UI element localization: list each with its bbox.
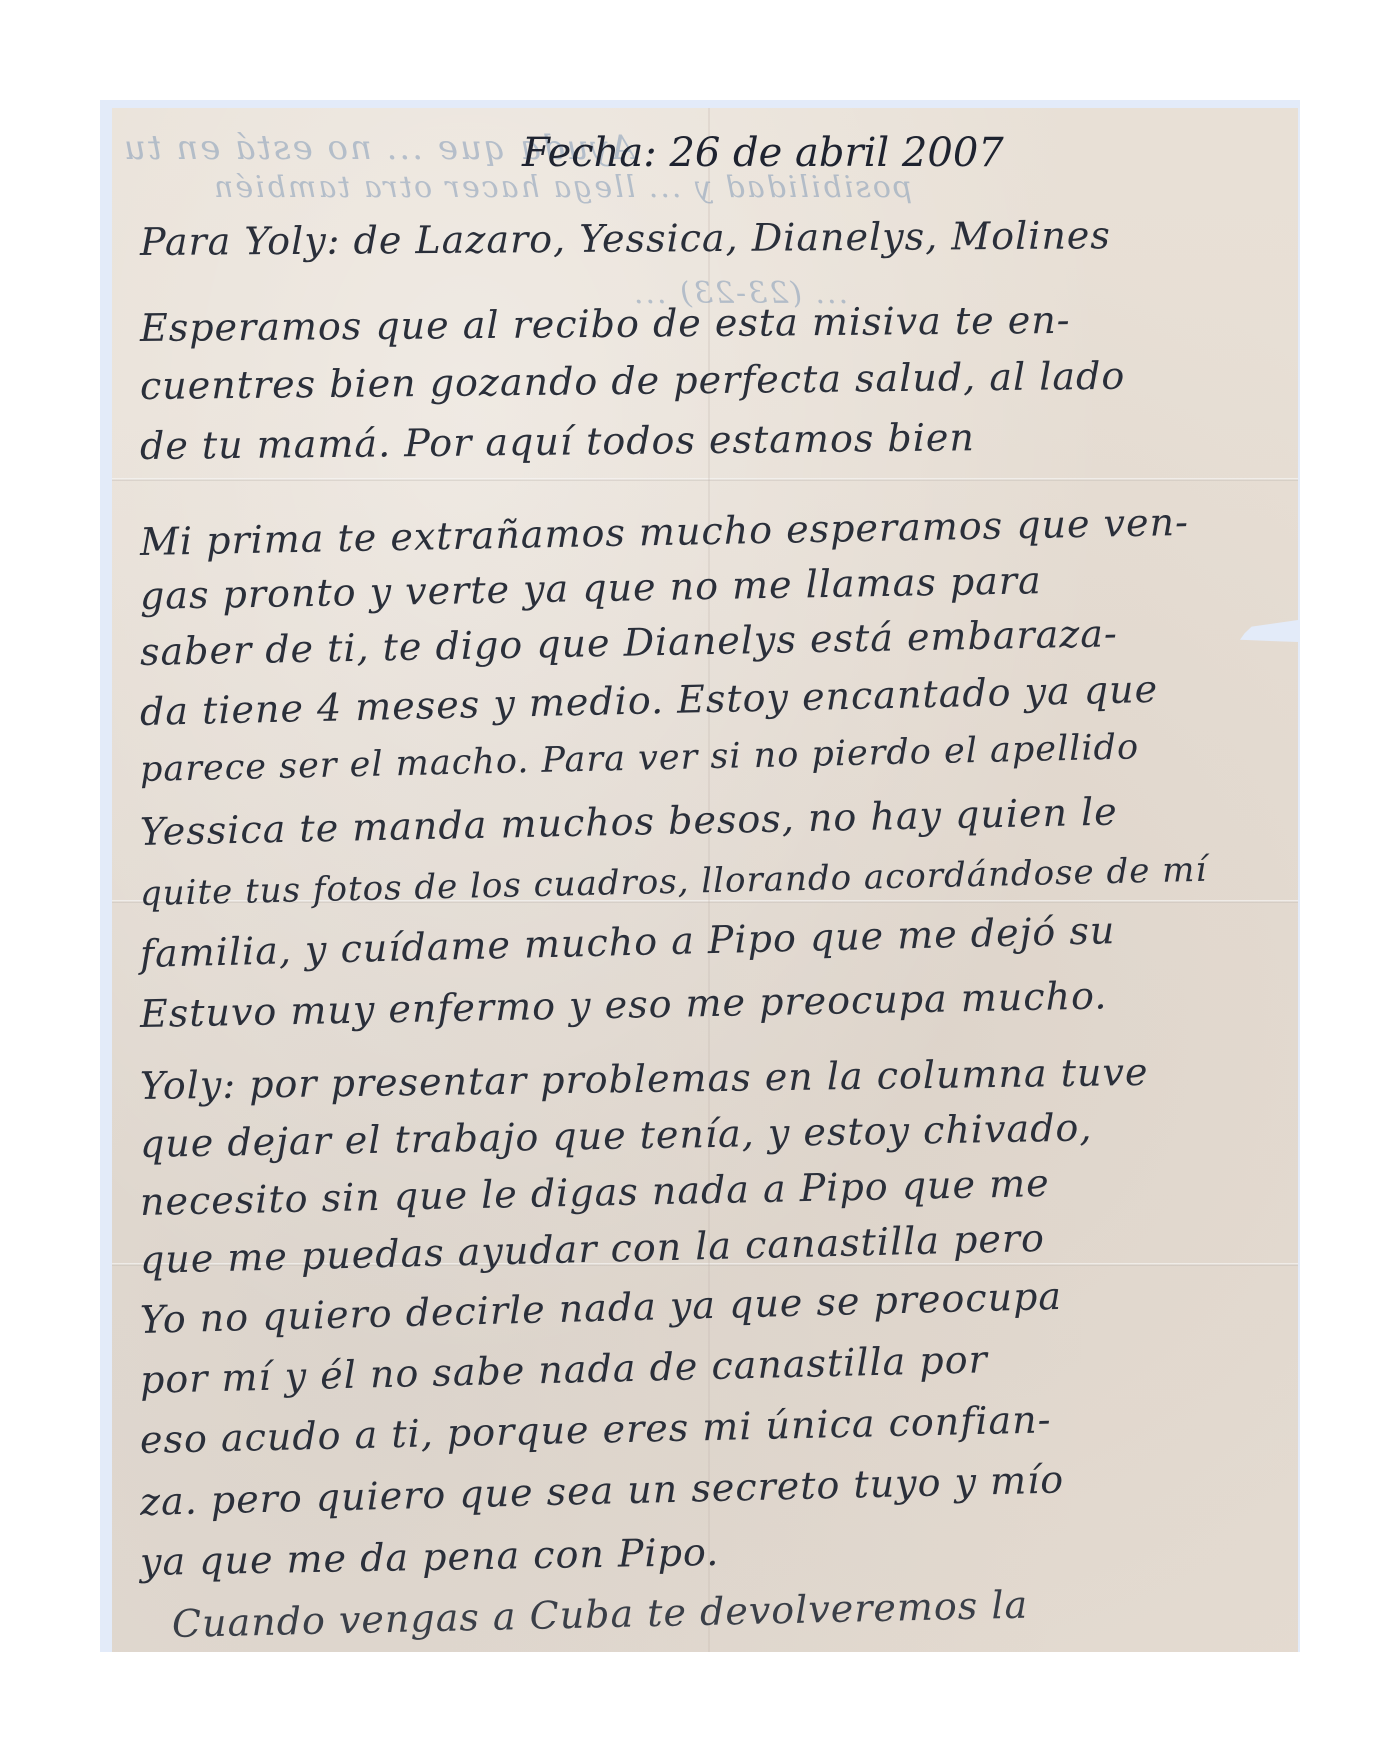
scan-frame: Ayuda que ... no está en tu posibilidad … [100, 100, 1300, 1652]
letter-line: za. pero quiero que sea un secreto tuyo … [139, 1457, 1064, 1524]
letter-line: Cuando vengas a Cuba te devolveremos la [172, 1583, 1029, 1646]
letter-line: parece ser el macho. Para ver si no pier… [140, 727, 1140, 790]
letter-line: ya que me da pena con Pipo. [140, 1530, 720, 1584]
letter-line: cuentres bien gozando de perfecta salud,… [140, 354, 1126, 408]
paper-tear [1240, 620, 1298, 642]
letter-line: por mí y él no sabe nada de canastilla p… [139, 1337, 988, 1402]
letter-line: necesito sin que le digas nada a Pipo qu… [140, 1161, 1050, 1224]
letter-line: eso acudo a ti, porque eres mi única con… [140, 1397, 1052, 1462]
letter-line: Yo no quiero decirle nada ya que se preo… [139, 1274, 1062, 1342]
letter-salutation: Para Yoly: de Lazaro, Yessica, Dianelys,… [140, 213, 1111, 264]
fold-crease [112, 478, 1298, 481]
letter-line: Yoly: por presentar problemas en la colu… [140, 1050, 1149, 1108]
letter-line: saber de ti, te digo que Dianelys está e… [140, 611, 1119, 674]
letter-line: familia, y cuídame mucho a Pipo que me d… [139, 908, 1115, 976]
letter-line: que me puedas ayudar con la canastilla p… [139, 1216, 1045, 1282]
letter-line: da tiene 4 meses y medio. Estoy encantad… [140, 667, 1159, 734]
letter-line: gas pronto y verte ya que no me llamas p… [140, 558, 1042, 618]
letter-paper: Ayuda que ... no está en tu posibilidad … [112, 108, 1298, 1652]
letter-line: quite tus fotos de los cuadros, llorando… [140, 850, 1208, 914]
letter-line: que dejar el trabajo que tenía, y estoy … [140, 1105, 1093, 1166]
letter-line: Yessica te manda muchos besos, no hay qu… [140, 790, 1119, 854]
letter-line: Esperamos que al recibo de esta misiva t… [140, 298, 1071, 350]
letter-line: Mi prima te extrañamos mucho esperamos q… [140, 500, 1190, 564]
letter-date: Fecha: 26 de abril 2007 [522, 130, 1004, 176]
letter-line: de tu mamá. Por aquí todos estamos bien [140, 415, 975, 468]
letter-line: Estuvo muy enfermo y eso me preocupa muc… [140, 973, 1108, 1036]
